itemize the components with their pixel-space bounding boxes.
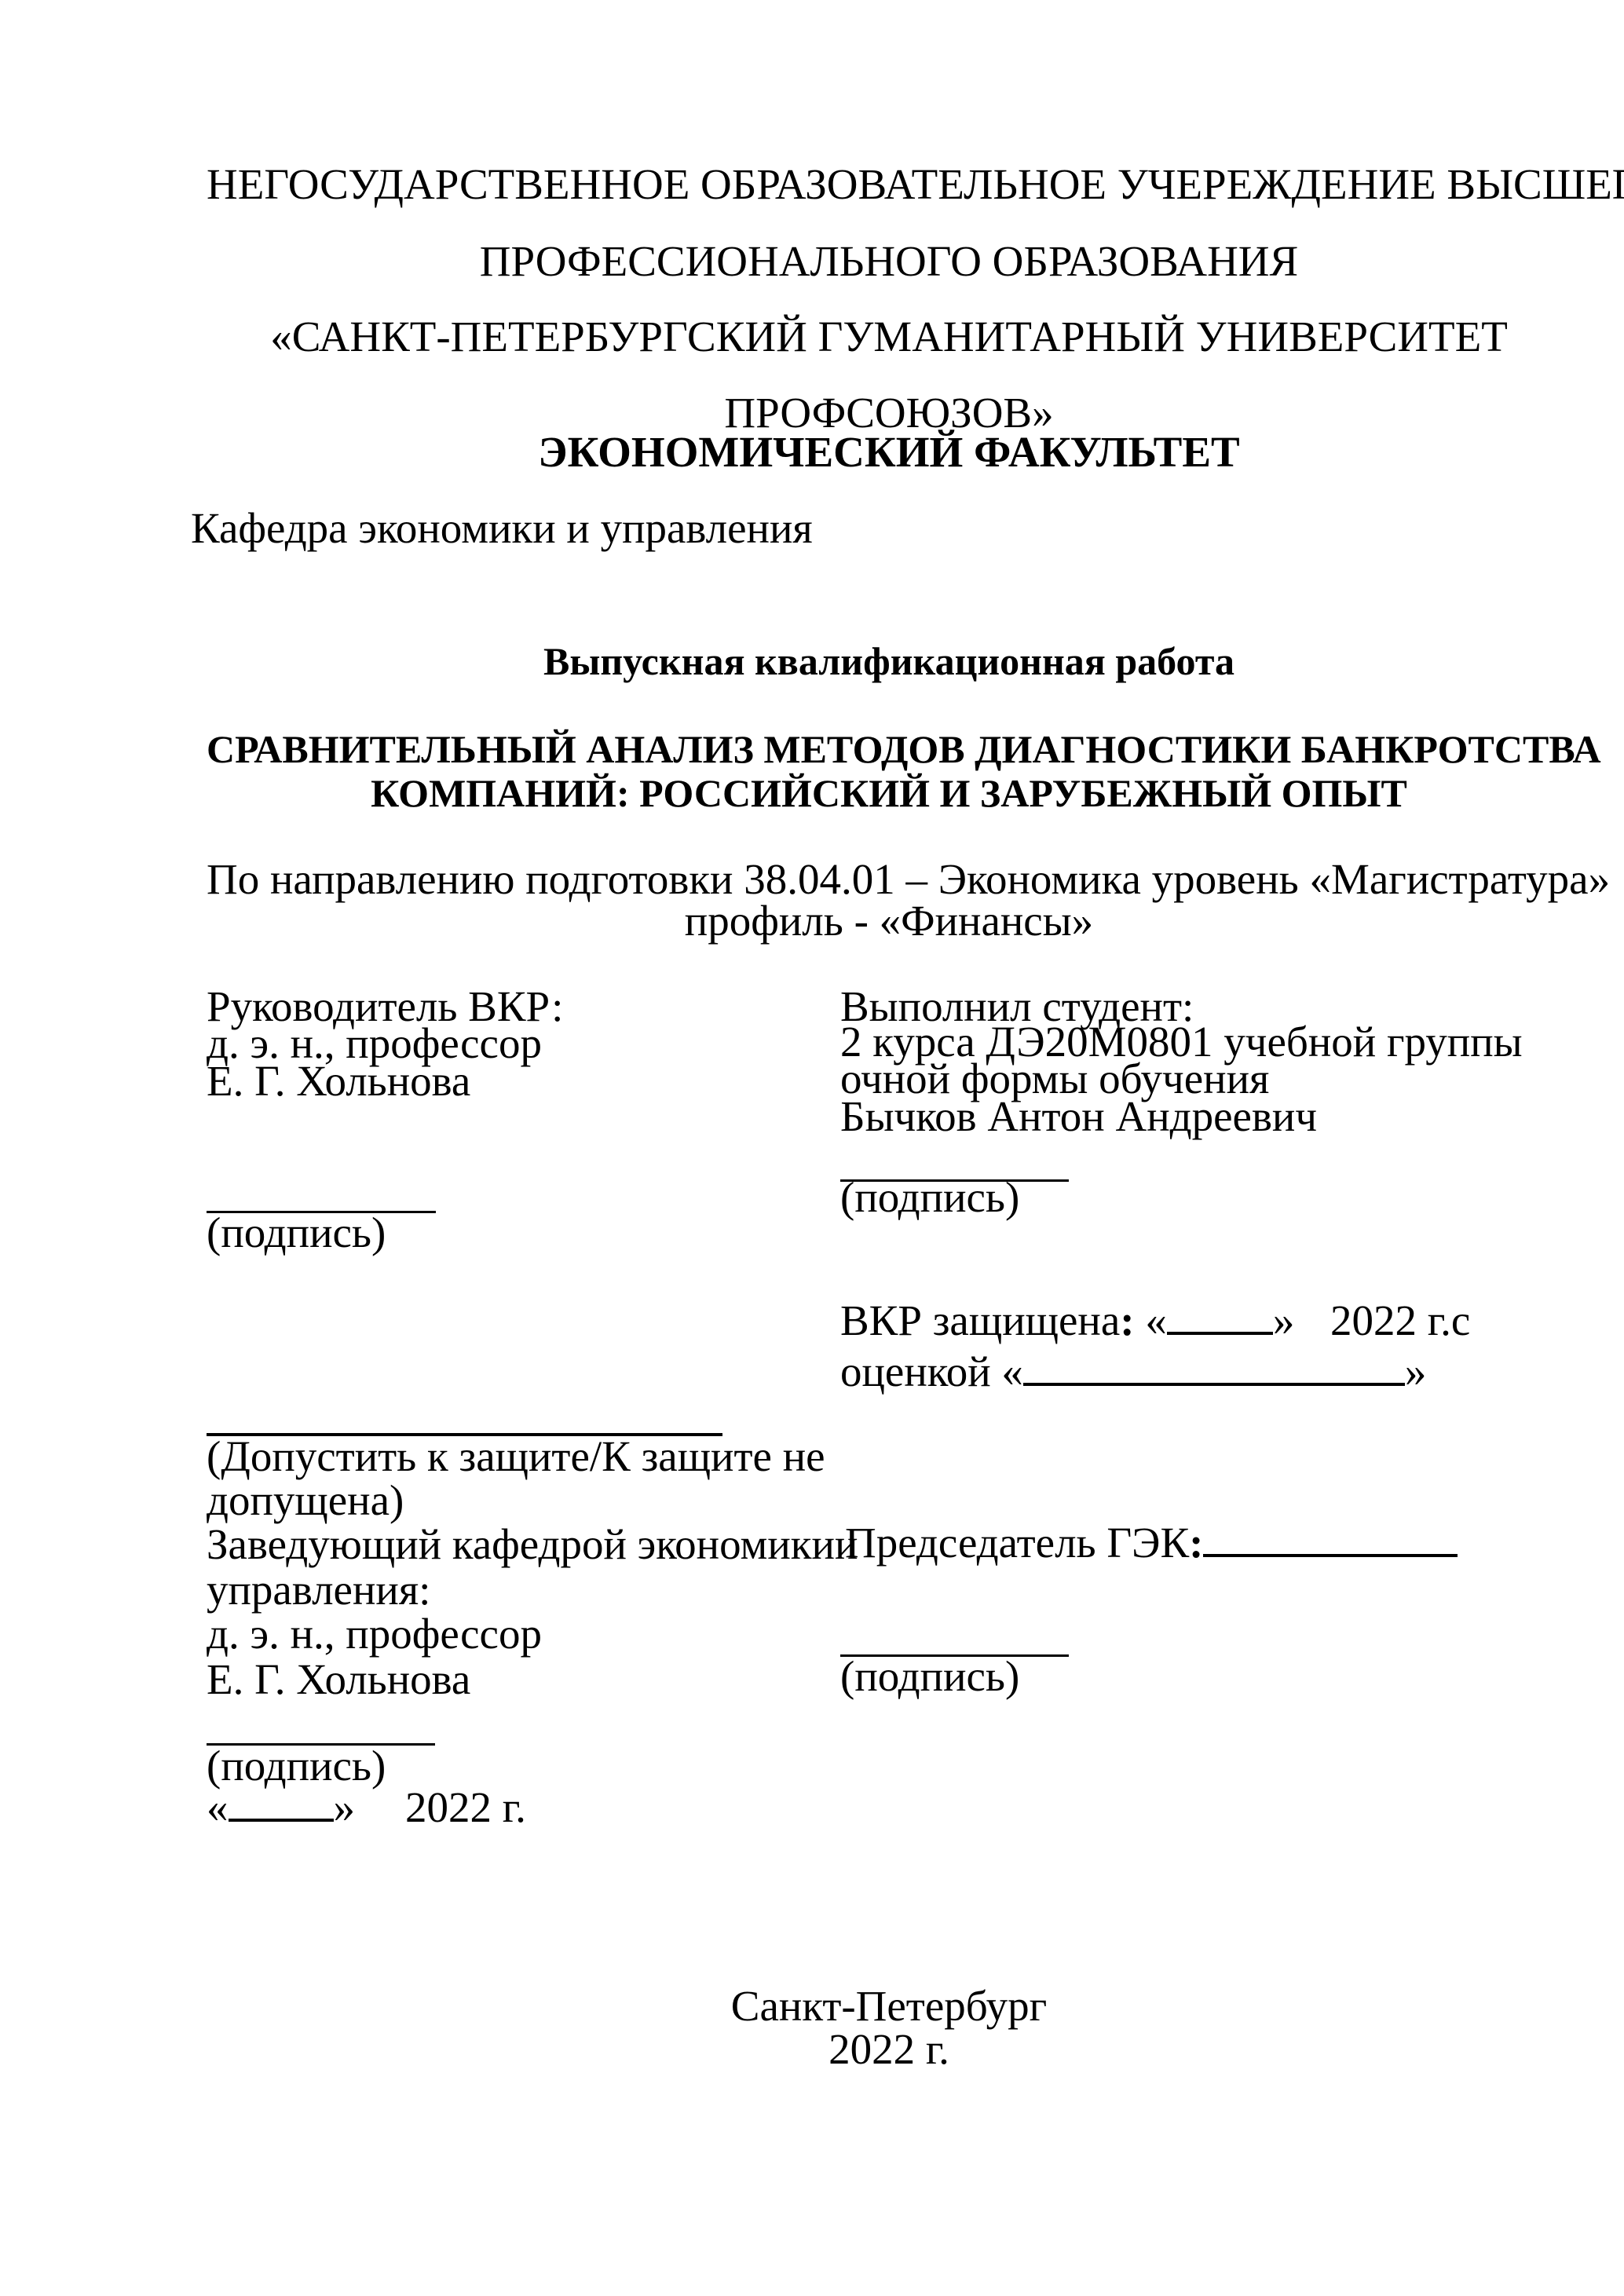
- student-signature-caption: (подпись): [840, 1175, 1019, 1219]
- defense-open-quote: «: [1135, 1296, 1167, 1344]
- commission-chair-label: Председатель ГЭК: [845, 1519, 1189, 1567]
- supervisor-name: Е. Г. Хольнова: [207, 1059, 470, 1102]
- grade-field[interactable]: [1023, 1382, 1405, 1386]
- department-name: Кафедра экономики и управления: [191, 506, 813, 550]
- defense-label: ВКР защищена: [840, 1296, 1120, 1344]
- thesis-title-line-1: СРАВНИТЕЛЬНЫЙ АНАЛИЗ МЕТОДОВ ДИАГНОСТИКИ…: [207, 729, 1571, 769]
- defense-grade: оценкой «»: [840, 1350, 1426, 1393]
- institution-line-2: ПРОФЕССИОНАЛЬНОГО ОБРАЗОВАНИЯ: [207, 239, 1571, 283]
- footer-city: Санкт-Петербург: [207, 1984, 1571, 2027]
- student-name: Бычков Антон Андреевич: [840, 1095, 1317, 1138]
- department-head-signature-caption: (подпись): [207, 1744, 386, 1787]
- department-head-label-line-1: Заведующий кафедрой экономикии: [207, 1523, 858, 1566]
- grade-close-quote: »: [1405, 1347, 1427, 1395]
- department-head-name: Е. Г. Хольнова: [207, 1658, 470, 1701]
- admission-date-close-quote: »: [334, 1783, 356, 1831]
- admission-day-field[interactable]: [229, 1818, 334, 1822]
- defense-status: ВКР защищена: «»: [840, 1299, 1294, 1342]
- institution-line-3: «САНКТ-ПЕТЕРБУРГСКИЙ ГУМАНИТАРНЫЙ УНИВЕР…: [207, 315, 1571, 358]
- grade-label: оценкой «: [840, 1347, 1023, 1395]
- footer-year: 2022 г.: [207, 2027, 1571, 2071]
- defense-colon: :: [1120, 1296, 1134, 1344]
- commission-signature-caption: (подпись): [840, 1654, 1019, 1698]
- defense-day-field[interactable]: [1167, 1331, 1273, 1335]
- direction-line-1: По направлению подготовки 38.04.01 – Эко…: [207, 857, 1571, 901]
- work-type: Выпускная квалификационная работа: [207, 642, 1571, 681]
- thesis-title-line-2: КОМПАНИЙ: РОССИЙСКИЙ И ЗАРУБЕЖНЫЙ ОПЫТ: [207, 773, 1571, 813]
- commission-chair-name-field[interactable]: [1203, 1553, 1458, 1557]
- admission-caption-line-2: допущена): [207, 1479, 404, 1522]
- admission-caption-line-1: (Допустить к защите/К защите не: [207, 1435, 825, 1478]
- defense-close-quote: »: [1273, 1296, 1295, 1344]
- commission-chair: Председатель ГЭК:: [845, 1521, 1458, 1564]
- commission-chair-colon: :: [1189, 1519, 1203, 1567]
- admission-date-open-quote: «: [207, 1783, 229, 1831]
- admission-date: «»: [207, 1786, 355, 1829]
- institution-line-1: НЕГОСУДАРСТВЕННОЕ ОБРАЗОВАТЕЛЬНОЕ УЧЕРЕЖ…: [207, 163, 1571, 206]
- department-head-degree: д. э. н., профессор: [207, 1612, 542, 1655]
- supervisor-signature-caption: (подпись): [207, 1211, 386, 1254]
- admission-year: 2022 г.: [405, 1786, 526, 1829]
- defense-year: 2022 г.с: [1330, 1299, 1470, 1342]
- department-head-label-line-2: управления:: [207, 1568, 430, 1611]
- faculty-name: ЭКОНОМИЧЕСКИЙ ФАКУЛЬТЕТ: [207, 430, 1571, 473]
- direction-line-2: профиль - «Финансы»: [207, 899, 1571, 942]
